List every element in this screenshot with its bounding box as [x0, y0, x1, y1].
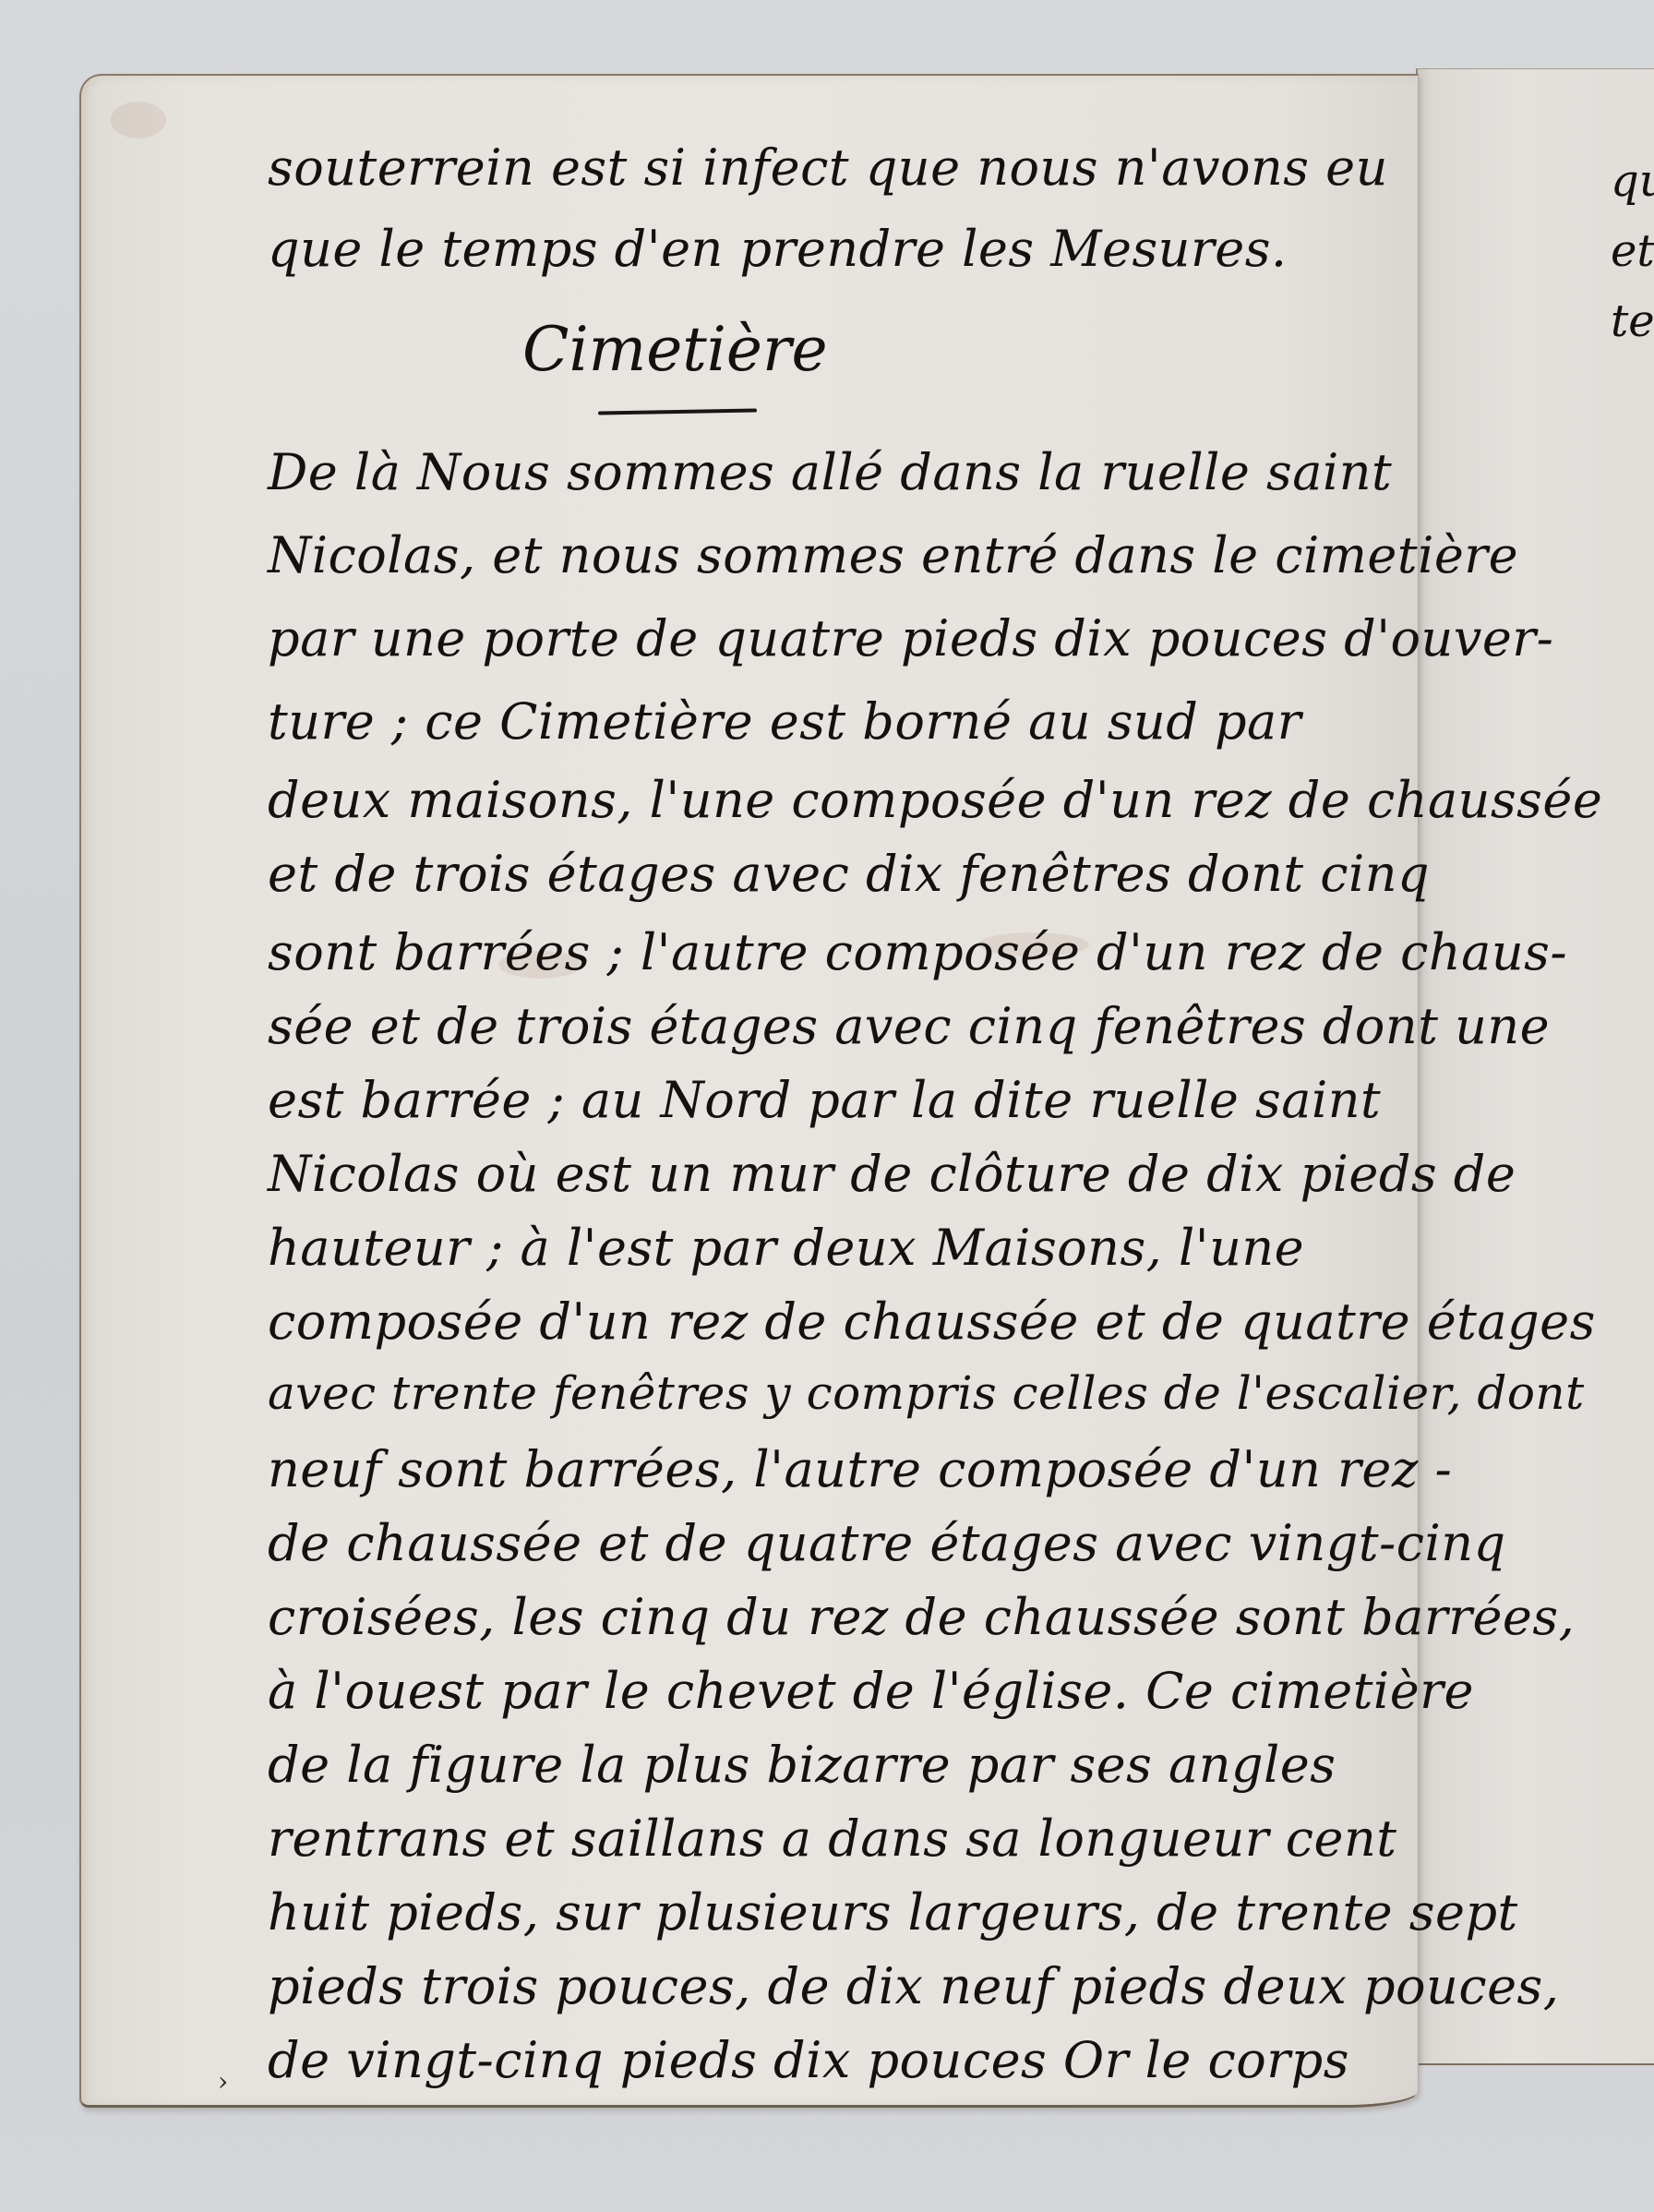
manuscript-line: sée et de trois étages avec cinq fenêtre…	[268, 997, 1550, 1055]
facing-page-fragment: et	[1611, 225, 1654, 277]
margin-mark: ›	[218, 2066, 228, 2097]
manuscript-line: Nicolas, et nous sommes entré dans le ci…	[268, 526, 1518, 584]
manuscript-line: de chaussée et de quatre étages avec vin…	[268, 1514, 1506, 1572]
manuscript-line: sont barrées ; l'autre composée d'un rez…	[268, 923, 1567, 981]
manuscript-line: croisées, les cinq du rez de chaussée so…	[268, 1588, 1575, 1646]
manuscript-line: de vingt-cinq pieds dix pouces Or le cor…	[268, 2031, 1349, 2089]
manuscript-line: à l'ouest par le chevet de l'église. Ce …	[268, 1662, 1474, 1720]
facing-page-fragment: te	[1611, 295, 1654, 347]
manuscript-line: rentrans et saillans a dans sa longueur …	[268, 1809, 1396, 1868]
manuscript-line: De là Nous sommes allé dans la ruelle sa…	[268, 443, 1392, 501]
manuscript-line: est barrée ; au Nord par la dite ruelle …	[268, 1071, 1381, 1129]
paper-stain	[111, 102, 166, 138]
manuscript-line: que le temps d'en prendre les Mesures.	[268, 220, 1288, 278]
facing-page-fragment: qu	[1611, 155, 1654, 207]
manuscript-line: de la figure la plus bizarre par ses ang…	[268, 1736, 1336, 1794]
manuscript-line: hauteur ; à l'est par deux Maisons, l'un…	[268, 1219, 1304, 1277]
manuscript-line: deux maisons, l'une composée d'un rez de…	[268, 771, 1602, 829]
manuscript-line: neuf sont barrées, l'autre composée d'un…	[268, 1440, 1452, 1498]
manuscript-line: avec trente fenêtres y compris celles de…	[268, 1366, 1585, 1420]
section-heading: Cimetière	[522, 314, 828, 385]
manuscript-line: pieds trois pouces, de dix neuf pieds de…	[268, 1957, 1559, 2015]
manuscript-line: par une porte de quatre pieds dix pouces…	[268, 609, 1553, 667]
manuscript-line: Nicolas où est un mur de clôture de dix …	[268, 1145, 1516, 1203]
manuscript-line: composée d'un rez de chaussée et de quat…	[268, 1292, 1596, 1351]
manuscript-line: ture ; ce Cimetière est borné au sud par	[268, 692, 1301, 751]
facing-page	[1416, 68, 1654, 2065]
manuscript-line: et de trois étages avec dix fenêtres don…	[268, 845, 1430, 903]
manuscript-line: souterrein est si infect que nous n'avon…	[268, 138, 1388, 197]
manuscript-line: huit pieds, sur plusieurs largeurs, de t…	[268, 1883, 1518, 1942]
